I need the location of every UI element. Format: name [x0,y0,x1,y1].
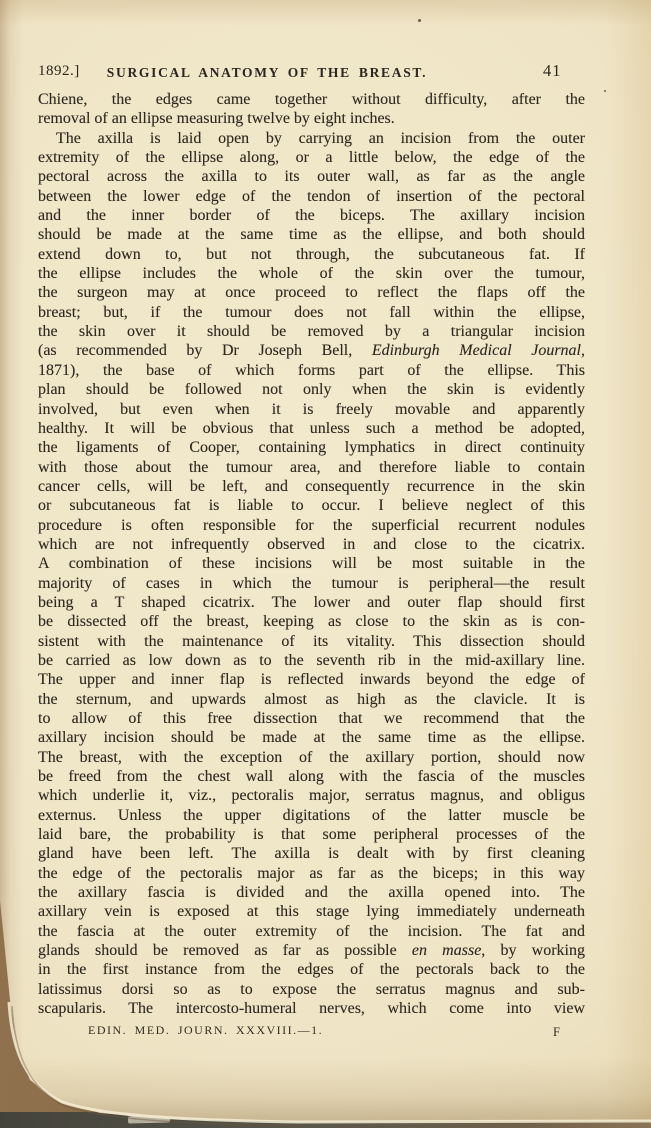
text-line: being a T shaped cicatrix. The lower and… [38,593,585,612]
paper-speck [124,621,126,623]
text-line: the fascia at the outer extremity of the… [38,922,585,941]
text-line: glands should be removed as far as possi… [38,941,585,960]
text-line: in the first instance from the edges of … [38,960,585,979]
scanned-book-photo: { "scan": { "header": { "year_bracket": … [0,0,651,1128]
text-line: the skin over it should be removed by a … [38,322,585,341]
text-line: which underlie it, viz., pectoralis majo… [38,786,585,805]
text-line: A combination of these incisions will be… [38,554,585,573]
text-line: plan should be followed not only when th… [38,380,585,399]
text-line: the ellipse includes the whole of the sk… [38,264,585,283]
text-line: breast; but, if the tumour does not fall… [38,303,585,322]
paper-speck [418,19,421,22]
text-line: be carried as low down as to the seventh… [38,651,585,670]
text-line: to allow of this free dissection that we… [38,709,585,728]
text-line: be dissected off the breast, keeping as … [38,612,585,631]
signature-mark: F [553,1025,560,1040]
text-line: cancer cells, will be left, and conseque… [38,477,585,496]
page-number: 41 [543,61,562,81]
text-line: The upper and inner flap is reflected in… [38,670,585,689]
page: 1892.] SURGICAL ANATOMY OF THE BREAST. 4… [0,0,651,1128]
paper-speck [604,90,606,92]
text-line: the edge of the pectoralis major as far … [38,864,585,883]
text-line: be freed from the chest wall along with … [38,767,585,786]
text-line: sistent with the maintenance of its vita… [38,632,585,651]
text-line: procedure is often responsible for the s… [38,516,585,535]
text-line: majority of cases in which the tumour is… [38,574,585,593]
text-line: axillary vein is exposed at this stage l… [38,902,585,921]
text-line: the surgeon may at once proceed to refle… [38,283,585,302]
text-line: latissimus dorsi so as to expose the ser… [38,980,585,999]
text-line: laid bare, the probability is that some … [38,825,585,844]
text-line: externus. Unless the upper digitations o… [38,806,585,825]
text-segment: , [581,342,585,359]
paragraph: The axilla is laid open by carrying an i… [38,129,585,1019]
text-line: axillary incision should be made at the … [38,728,585,747]
text-line: The breast, with the exception of the ax… [38,748,585,767]
text-line: the ligaments of Cooper, containing lymp… [38,438,585,457]
text-line: gland have been left. The axilla is deal… [38,844,585,863]
text-line: scapularis. The intercosto-humeral nerve… [38,999,585,1018]
text-line: removal of an ellipse measuring twelve b… [38,109,585,128]
text-line: Chiene, the edges came together without … [38,90,585,109]
text-line: extend down to, but not through, the sub… [38,245,585,264]
footer-imprint: EDIN. MED. JOURN. XXXVIII.—1. [88,1023,323,1038]
text-line: should be made at the same time as the e… [38,225,585,244]
text-segment: glands should be removed as far as possi… [38,942,412,959]
italic-text: Edinburgh Medical Journal [372,342,581,359]
text-line: between the lower edge of the tendon of … [38,187,585,206]
text-line: involved, but even when it is freely mov… [38,400,585,419]
text-line: the axillary fascia is divided and the a… [38,883,585,902]
text-line: extremity of the ellipse along, or a lit… [38,148,585,167]
paragraph: Chiene, the edges came together without … [38,90,585,129]
text-line: (as recommended by Dr Joseph Bell, Edinb… [38,341,585,360]
body-text: Chiene, the edges came together without … [38,90,585,1019]
text-line: with those about the tumour area, and th… [38,458,585,477]
text-line: or subcutaneous fat is liable to occur. … [38,496,585,515]
text-line: pectoral across the axilla to its outer … [38,167,585,186]
header-year: 1892.] [38,63,80,80]
text-segment: (as recommended by Dr Joseph Bell, [38,342,372,359]
text-line: which are not infrequently observed in a… [38,535,585,554]
text-line: 1871), the base of which forms part of t… [38,361,585,380]
text-line: the sternum, and upwards almost as high … [38,690,585,709]
running-title: SURGICAL ANATOMY OF THE BREAST. [107,65,427,81]
text-segment: , by working [481,942,585,959]
text-line: and the inner border of the biceps. The … [38,206,585,225]
text-line: The axilla is laid open by carrying an i… [38,129,585,148]
text-line: healthy. It will be obvious that unless … [38,419,585,438]
italic-text: en masse [412,942,481,959]
